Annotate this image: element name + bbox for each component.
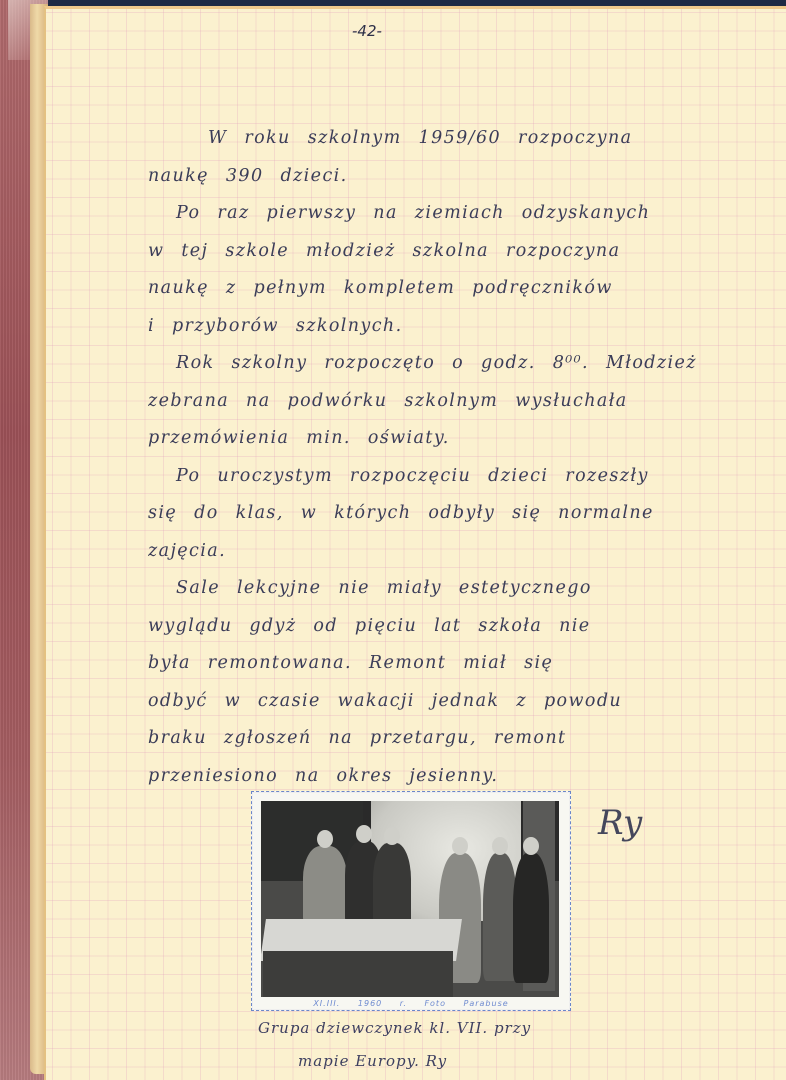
text-line: i przyborów szkolnych. [148,308,778,346]
text-line: odbyć w czasie wakacji jednak z powodu [148,683,778,721]
girl-figure [303,846,347,926]
text-line: była remontowana. Remont miał się [148,645,778,683]
photo-caption: Grupa dziewczynek kl. VII. przy mapie Eu… [258,1012,598,1078]
head [384,827,400,845]
text-line: Po raz pierwszy na ziemiach odzyskanych [148,195,778,233]
signature: Ry [598,803,642,843]
text-line: zajęcia. [148,533,778,571]
photo-stamp: XI.III. 1960 r. Foto Parabuse [262,999,560,1008]
head [452,837,468,855]
page-number: -42- [352,22,382,40]
stamp-date: XI.III. [313,999,340,1008]
head [356,825,372,843]
girl-figure [483,853,517,981]
text-line: się do klas, w których odbyły się normal… [148,495,778,533]
text-line: przeniesiono na okres jesienny. [148,758,778,796]
class-photo [261,801,559,997]
text-line: Po uroczystym rozpoczęciu dzieci rozeszł… [148,458,778,496]
head [317,830,333,848]
text-line: wyglądu gdyż od pięciu lat szkoła nie [148,608,778,646]
caption-line: mapie Europy. Ry [258,1045,598,1078]
desk [263,951,453,997]
text-line: zebrana na podwórku szkolnym wysłuchała [148,383,778,421]
stamp-year: 1960 r. [358,999,407,1008]
text-line: Sale lekcyjne nie miały estetycznego [148,570,778,608]
text-line: braku zgłoszeń na przetargu, remont [148,720,778,758]
girl-figure [513,853,549,983]
text-line: naukę z pełnym kompletem podręczników [148,270,778,308]
caption-line: Grupa dziewczynek kl. VII. przy [258,1012,598,1045]
text-line: naukę 390 dzieci. [148,158,778,196]
photo-frame: XI.III. 1960 r. Foto Parabuse [251,791,571,1011]
text-line: przemówienia min. oświaty. [148,420,778,458]
text-line: w tej szkole młodzież szkolna rozpoczyna [148,233,778,271]
handwritten-text: W roku szkolnym 1959/60 rozpoczyna naukę… [148,120,778,795]
text-line: Rok szkolny rozpoczęto o godz. 8⁰⁰. Młod… [148,345,778,383]
text-line: W roku szkolnym 1959/60 rozpoczyna [148,120,778,158]
stamp-studio: Foto Parabuse [424,999,508,1008]
head [492,837,508,855]
head [523,837,539,855]
